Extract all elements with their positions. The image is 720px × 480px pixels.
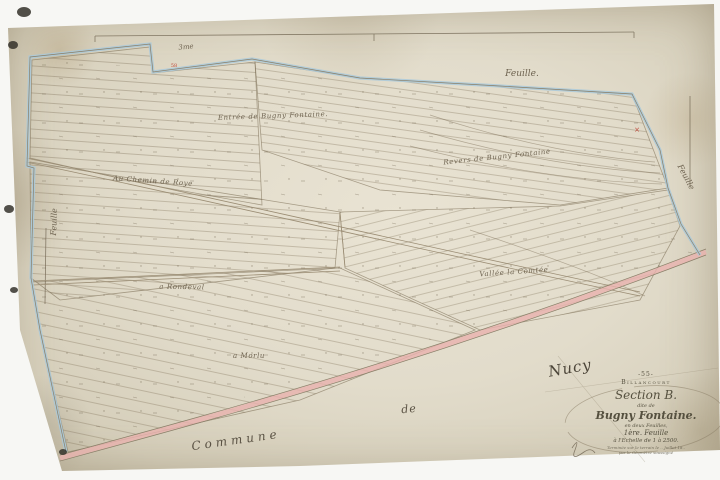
lieu-dit-morlu: a Morlu xyxy=(233,352,265,360)
lieu-dit-rondeval: a Rondeval xyxy=(159,283,205,292)
cartouche-section: Section B. xyxy=(558,388,720,403)
scanned-cadastral-map: Feuille. Feuille Feuille 3me 58 × Entrée… xyxy=(0,0,720,480)
cartouche-place-name: Bugny Fontaine. xyxy=(558,409,720,423)
title-cartouche: -55- Billancourt Section B. dite de Bugn… xyxy=(558,371,720,455)
adjacent-sheet-label-left: Feuille xyxy=(49,208,59,236)
cartouche-feuille-line: 1ère. Feuille xyxy=(558,429,720,438)
cartouche-sheet-number: -55- xyxy=(558,371,720,379)
cartouche-fine-print-2: par le Géomètre soussigné xyxy=(558,450,720,455)
road-label-de: de xyxy=(401,402,418,417)
red-survey-number: 58 xyxy=(171,63,177,69)
cartouche-scale: à l'Echelle de 1 à 2500. xyxy=(558,438,720,445)
red-cross-mark: × xyxy=(634,126,640,134)
adjacent-sheet-label-top: Feuille. xyxy=(505,69,539,79)
cartouche-commune-name: Billancourt xyxy=(558,379,720,387)
sheet-note: 3me xyxy=(178,42,194,52)
